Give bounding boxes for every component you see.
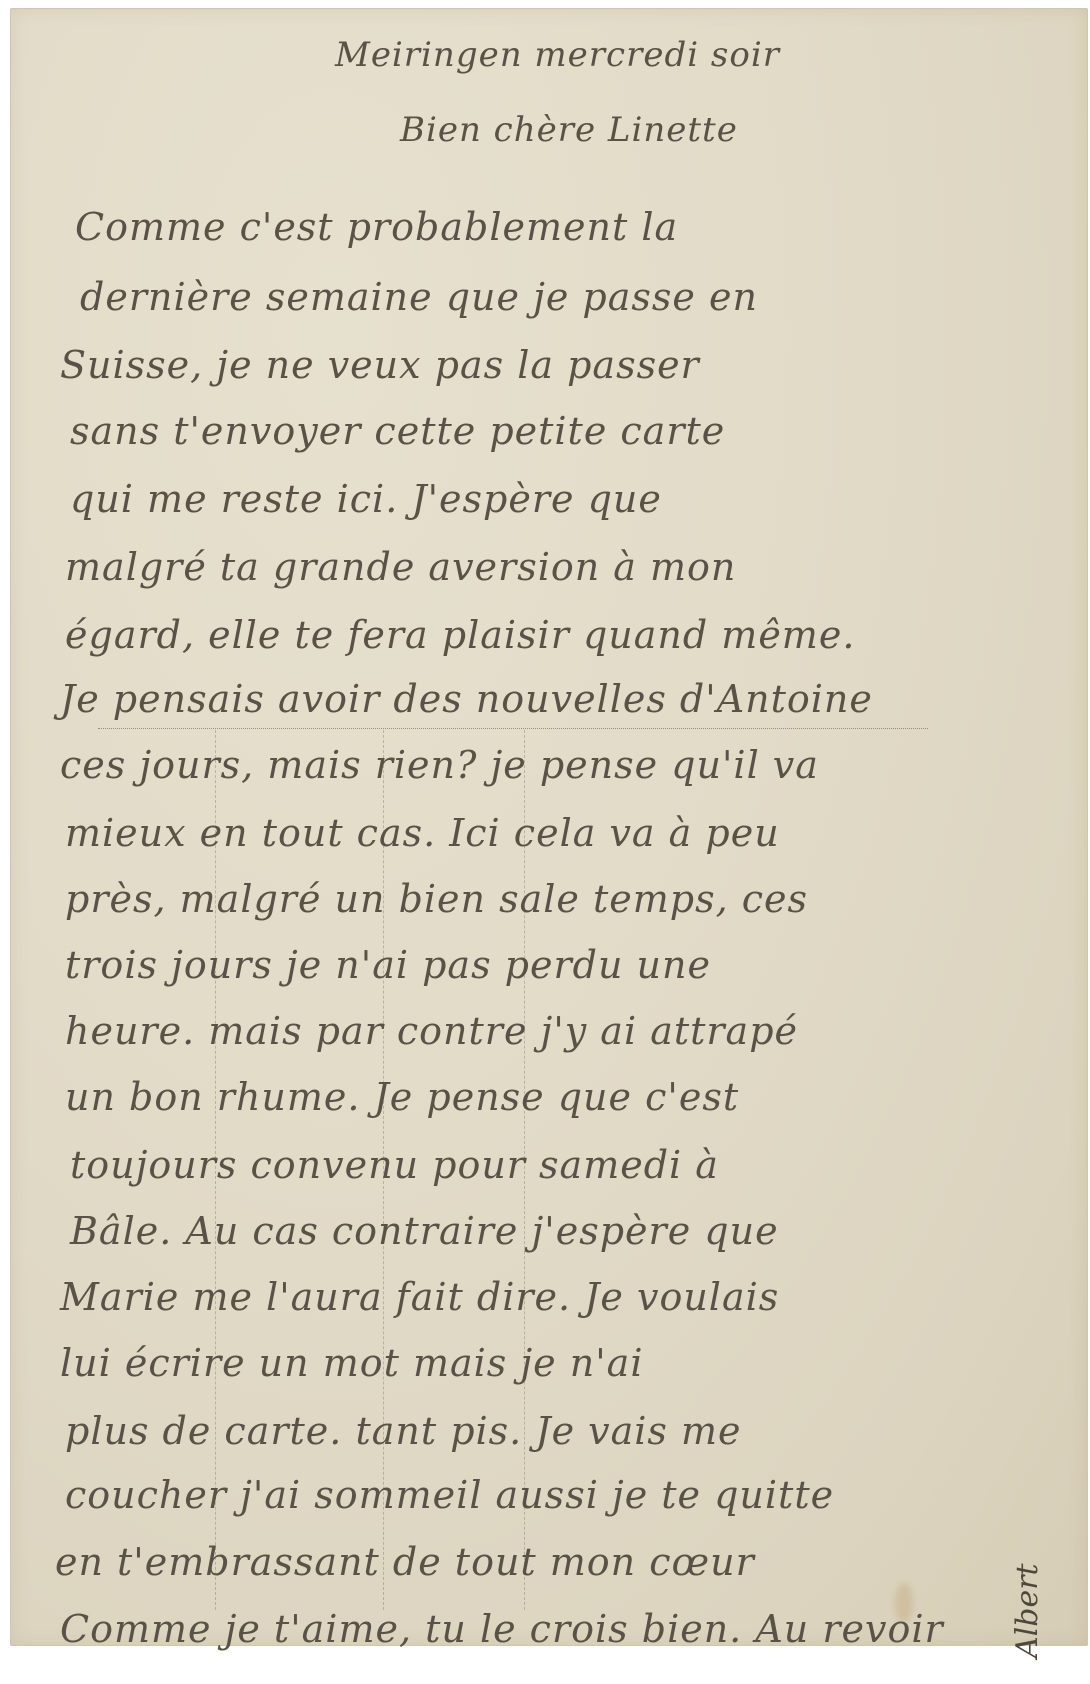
letter-line: heure. mais par contre j'y ai attrapé [65,1012,798,1050]
letter-line: lui écrire un mot mais je n'ai [60,1344,643,1382]
letter-line: Bâle. Au cas contraire j'espère que [70,1212,779,1250]
letter-line: en t'embrassant de tout mon cœur [55,1543,755,1581]
letter-line: plus de carte. tant pis. Je vais me [65,1412,742,1450]
letter-line: Je pensais avoir des nouvelles d'Antoine [60,680,873,718]
letter-line: ces jours, mais rien? je pense qu'il va [60,746,819,784]
salutation: Bien chère Linette [400,113,738,147]
margin-signature: Albert [1010,1563,1045,1658]
letter-line: Marie me l'aura fait dire. Je voulais [60,1278,779,1316]
letter-line: coucher j'ai sommeil aussi je te quitte [65,1476,834,1514]
postcard: Meiringen mercredi soir Bien chère Linet… [10,8,1088,1646]
place-date: Meiringen mercredi soir [335,38,780,72]
letter-line: égard, elle te fera plaisir quand même. [65,616,855,654]
letter-line: Comme c'est probablement la [75,208,678,246]
letter-line: un bon rhume. Je pense que c'est [65,1078,739,1116]
letter-line: mieux en tout cas. Ici cela va à peu [65,814,780,852]
letter-line: dernière semaine que je passe en [80,278,758,316]
printed-address-line [98,728,928,729]
letter-line: trois jours je n'ai pas perdu une [65,946,711,984]
letter-line: sans t'envoyer cette petite carte [70,412,725,450]
letter-line: près, malgré un bien sale temps, ces [65,880,808,918]
letter-line: Comme je t'aime, tu le crois bien. Au re… [60,1610,944,1648]
letter-line: malgré ta grande aversion à mon [65,548,736,586]
letter-line: qui me reste ici. J'espère que [70,480,662,518]
letter-line: Suisse, je ne veux pas la passer [60,346,700,384]
letter-line: toujours convenu pour samedi à [70,1146,719,1184]
